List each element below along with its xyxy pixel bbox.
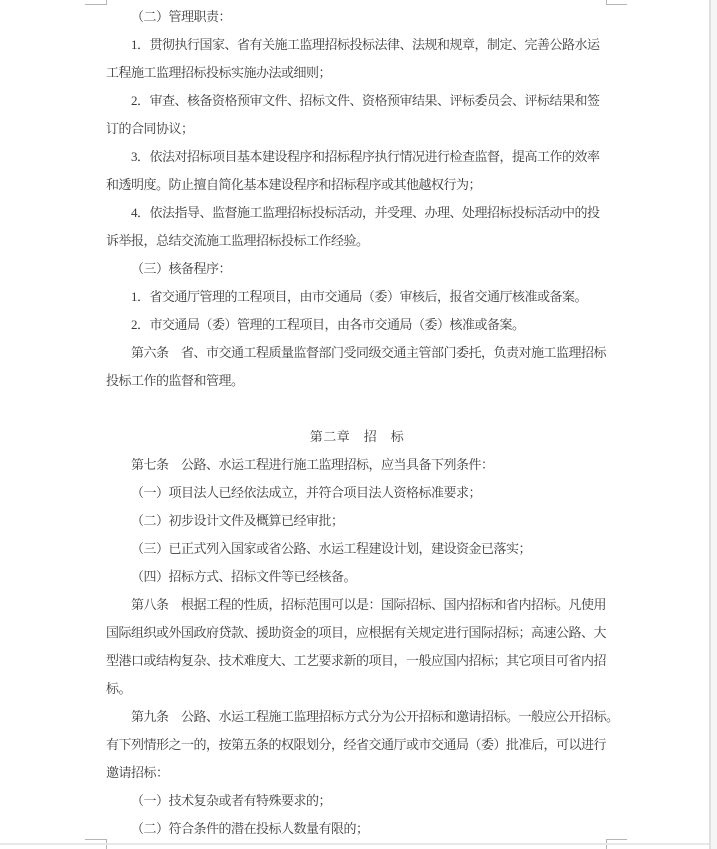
text-line: 投标工作的监督和管理。: [106, 367, 608, 395]
text-line: 国际组织或外国政府贷款、援助资金的项目，应根据有关规定进行国际招标；高速公路、大: [106, 619, 608, 647]
document-page: （二）管理职责：1．贯彻执行国家、省有关施工监理招标投标法律、法规和规章，制定、…: [0, 0, 717, 849]
text-line: （三）已正式列入国家或省公路、水运工程建设计划，建设资金已落实；: [106, 535, 608, 563]
text-boundary-mark-top-right-h: [606, 4, 627, 5]
text-line: 4．依法指导、监督施工监理招标投标活动，并受理、办理、处理招标投标活动中的投: [106, 199, 608, 227]
text-line: 标。: [106, 675, 608, 703]
text-boundary-mark-top-right-v: [606, 0, 607, 5]
text-boundary-mark-bottom-right-h: [606, 839, 627, 840]
text-line: （四）招标方式、招标文件等已经核备。: [106, 563, 608, 591]
text-line: 第八条 根据工程的性质，招标范围可以是：国际招标、国内招标和省内招标。凡使用: [106, 591, 608, 619]
text-line: 1．省交通厅管理的工程项目，由市交通局（委）审核后，报省交通厅核准或备案。: [106, 283, 608, 311]
page-right-edge-line: [709, 0, 711, 849]
text-line: （一）项目法人已经依法成立，并符合项目法人资格标准要求；: [106, 479, 608, 507]
blank-line: [106, 395, 608, 423]
text-line: （一）技术复杂或者有特殊要求的；: [106, 787, 608, 815]
document-text-area[interactable]: （二）管理职责：1．贯彻执行国家、省有关施工监理招标投标法律、法规和规章，制定、…: [106, 3, 608, 843]
chapter-heading: 第二章 招 标: [106, 423, 608, 451]
text-line: 2．审查、核备资格预审文件、招标文件、资格预审结果、评标委员会、评标结果和签: [106, 87, 608, 115]
text-line: 邀请招标：: [106, 759, 608, 787]
text-line: 第六条 省、市交通工程质量监督部门受同级交通主管部门委托，负责对施工监理招标: [106, 339, 608, 367]
text-line: 2．市交通局（委）管理的工程项目，由各市交通局（委）核准或备案。: [106, 311, 608, 339]
text-line: （二）初步设计文件及概算已经审批；: [106, 507, 608, 535]
text-line: 订的合同协议；: [106, 115, 608, 143]
text-line: 型港口或结构复杂、技术难度大、工艺要求新的项目，一般应国内招标；其它项目可省内招: [106, 647, 608, 675]
page-bottom-edge-line: [0, 843, 709, 845]
text-line: （二）管理职责：: [106, 3, 608, 31]
text-line: 3．依法对招标项目基本建设程序和招标程序执行情况进行检查监督，提高工作的效率: [106, 143, 608, 171]
text-boundary-mark-top-left-v: [106, 0, 107, 5]
text-line: 诉举报，总结交流施工监理招标投标工作经验。: [106, 227, 608, 255]
text-line: 第七条 公路、水运工程进行施工监理招标，应当具备下列条件：: [106, 451, 608, 479]
text-line: 和透明度。防止擅自简化基本建设程序和招标程序或其他越权行为；: [106, 171, 608, 199]
text-line: 有下列情形之一的，按第五条的权限划分，经省交通厅或市交通局（委）批准后，可以进行: [106, 731, 608, 759]
text-boundary-mark-bottom-left-h: [85, 839, 106, 840]
right-margin-strip: [711, 0, 717, 849]
text-line: （二）符合条件的潜在投标人数量有限的；: [106, 815, 608, 843]
text-boundary-mark-top-left-h: [85, 4, 106, 5]
text-line: 工程施工监理招标投标实施办法或细则；: [106, 59, 608, 87]
text-line: 1．贯彻执行国家、省有关施工监理招标投标法律、法规和规章，制定、完善公路水运: [106, 31, 608, 59]
text-line: （三）核备程序：: [106, 255, 608, 283]
text-line: 第九条 公路、水运工程施工监理招标方式分为公开招标和邀请招标。一般应公开招标。: [106, 703, 608, 731]
